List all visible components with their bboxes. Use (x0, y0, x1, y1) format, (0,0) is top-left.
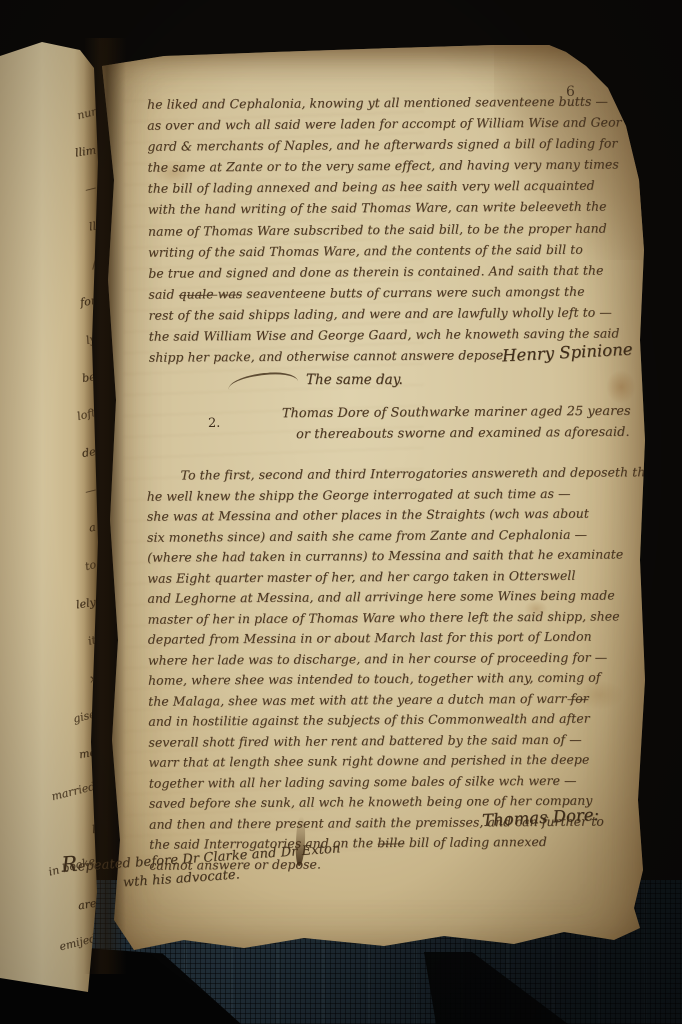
section-heading: The same day. (228, 372, 403, 388)
manuscript-line: departed from Messina in or about March … (148, 626, 640, 650)
entry-number: 2. (208, 416, 220, 431)
manuscript-line: with the hand writing of the said Thomas… (148, 196, 640, 221)
manuscript-line: To the first, second and third Interroga… (147, 462, 639, 486)
manuscript-line: she was at Messina and other places in t… (147, 503, 639, 527)
manuscript-line: name of Thomas Ware subscribed to the sa… (148, 217, 640, 242)
manuscript-page: 6 he liked and Cephalonia, knowing yt al… (94, 40, 664, 968)
paper-stain (606, 370, 636, 404)
manuscript-line: (where she had taken in curranns) to Mes… (147, 544, 639, 568)
manuscript-line: Thomas Dore of Southwarke mariner aged 2… (282, 401, 631, 425)
manuscript-line: home, where shee was intended to touch, … (148, 667, 640, 691)
book-gutter (84, 38, 126, 974)
manuscript-photo: nurllim—ll/forlybeloftde—atolelyitxgisem… (0, 0, 682, 1024)
manuscript-line: and Leghorne at Messina, and all arrivin… (147, 585, 639, 609)
deponent-intro: Thomas Dore of Southwarke mariner aged 2… (282, 401, 631, 446)
manuscript-line: and in hostilitie against the subjects o… (148, 708, 640, 732)
deposition-1-text: he liked and Cephalonia, knowing yt all … (147, 90, 641, 368)
manuscript-line: warr that at length shee sunk right down… (149, 749, 641, 773)
flourish-swash (228, 371, 299, 390)
manuscript-line: or thereabouts sworne and examined as af… (282, 422, 631, 446)
section-heading-text: The same day. (306, 372, 403, 388)
